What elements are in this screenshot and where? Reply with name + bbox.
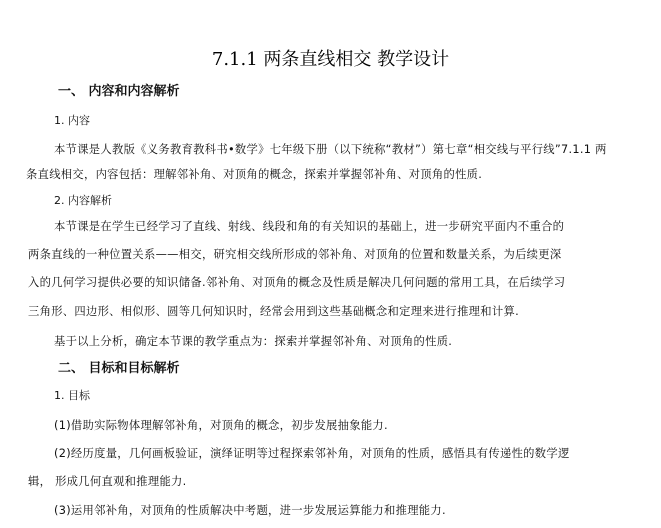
section-heading-goals: 二、 目标和目标解析 [58,360,180,378]
goal-item: (3)运用邻补角，对顶角的性质解决中考题，进一步发展运算能力和推理能力. [54,503,446,519]
subsection-heading-content: 1. 内容 [54,114,90,128]
subsection-heading-analysis: 2. 内容解析 [54,194,112,208]
paragraph-line: 条直线相交，内容包括：理解邻补角、对顶角的概念，探索并掌握邻补角、对顶角的性质. [26,167,482,183]
paragraph-line: 三角形、四边形、相似形、圆等几何知识时，经常会用到这些基础概念和定理来进行推理和… [28,304,519,320]
paragraph-line: 入的几何学习提供必要的知识储备.邻补角、对顶角的概念及性质是解决几何问题的常用工… [28,275,565,291]
goal-item-continuation: 辑， 形成几何直观和推理能力. [28,474,187,490]
paragraph-line: 本节课是在学生已经学习了直线、射线、线段和角的有关知识的基础上，进一步研究平面内… [54,219,564,235]
subsection-heading-goals: 1. 目标 [54,389,90,403]
paragraph-line: 本节课是人教版《义务教育教科书•数学》七年级下册（以下统称“教材”）第七章“相交… [54,142,607,158]
document-title: 7.1.1 两条直线相交 教学设计 [0,48,661,72]
paragraph-line: 两条直线的一种位置关系——相交，研究相交线所形成的邻补角、对顶角的位置和数量关系… [28,247,561,263]
goal-item: (2)经历度量，几何画板验证，演绎证明等过程探索邻补角，对顶角的性质，感悟具有传… [54,446,570,462]
section-heading-content: 一、 内容和内容解析 [58,83,180,101]
goal-item: (1)借助实际物体理解邻补角，对顶角的概念，初步发展抽象能力. [54,418,388,434]
paragraph-line: 基于以上分析，确定本节课的教学重点为：探索并掌握邻补角、对顶角的性质. [54,334,452,350]
